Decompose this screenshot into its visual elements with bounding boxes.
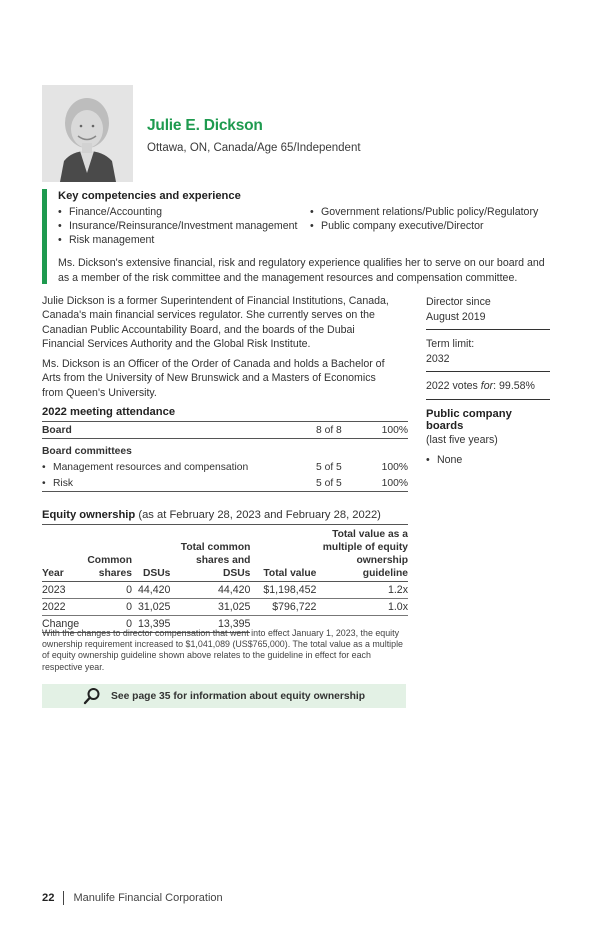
equity-section: Equity ownership (as at February 28, 202… [42,509,408,633]
attendance-board-row: Board 8 of 8 100% [42,422,408,439]
votes-value: : 99.58% [493,380,535,392]
competencies-list-left: Finance/Accounting Insurance/Reinsurance… [58,205,297,247]
col-common-shares: Common shares [84,528,132,582]
competencies-section: Key competencies and experience Finance/… [42,189,552,286]
attendance-label: Management resources and compensation [42,462,316,473]
attendance-label: Board [42,425,316,436]
col-multiple: Total value as a multiple of equity owne… [316,528,408,582]
cell-total-value: $1,198,452 [250,582,316,599]
equity-title-bold: Equity ownership [42,509,135,521]
competencies-title: Key competencies and experience [58,190,241,202]
competencies-list-right: Government relations/Public policy/Regul… [310,205,538,233]
director-since-label: Director since [426,295,550,310]
equity-title-date: (as at February 28, 2023 and February 28… [135,509,381,521]
attendance-fraction: 8 of 8 [316,425,372,436]
bio-paragraph: Ms. Dickson is an Officer of the Order o… [42,357,392,400]
attendance-percent: 100% [372,478,408,489]
director-photo [42,85,133,182]
cell-year: 2022 [42,599,84,616]
footer-divider [63,891,64,905]
attendance-title: 2022 meeting attendance [42,406,408,422]
equity-row: 2022 0 31,025 31,025 $796,722 1.0x [42,599,408,616]
director-name: Julie E. Dickson [147,117,263,135]
col-total-common: Total common shares and DSUs [170,528,250,582]
see-page-callout[interactable]: See page 35 for information about equity… [42,684,406,708]
cell-total-common: 44,420 [170,582,250,599]
equity-row: 2023 0 44,420 44,420 $1,198,452 1.2x [42,582,408,599]
public-boards-list: None [426,454,550,466]
director-since: Director since August 2019 [426,295,550,330]
magnifier-icon [83,687,101,705]
public-board-item: None [426,454,550,466]
cell-multiple: 1.2x [316,582,408,599]
votes-prefix: 2022 votes [426,380,481,392]
cell-multiple: 1.0x [316,599,408,616]
cell-common: 0 [84,582,132,599]
director-location-age: Ottawa, ON, Canada/Age 65/Independent [147,142,361,154]
attendance-percent: 100% [372,425,408,436]
director-bio: Julie Dickson is a former Superintendent… [42,294,392,406]
attendance-divider [42,490,408,492]
competency-item: Government relations/Public policy/Regul… [310,205,538,219]
company-name: Manulife Financial Corporation [73,892,222,904]
col-year: Year [42,528,84,582]
competency-item: Finance/Accounting [58,205,297,219]
bio-paragraph: Julie Dickson is a former Superintendent… [42,294,392,351]
director-since-value: August 2019 [426,310,550,325]
attendance-fraction: 5 of 5 [316,462,372,473]
cell-year: 2023 [42,582,84,599]
col-total-value: Total value [250,528,316,582]
portrait-illustration [42,85,133,182]
attendance-committee-row: Risk 5 of 5 100% [42,476,408,490]
equity-note: With the changes to director compensatio… [42,628,410,673]
term-limit: Term limit: 2032 [426,337,550,372]
page-footer: 22 Manulife Financial Corporation [42,891,223,905]
see-page-text[interactable]: See page 35 for information about equity… [111,691,365,702]
competency-item: Public company executive/Director [310,219,538,233]
public-boards-subtitle: (last five years) [426,434,550,446]
accent-bar [42,189,47,284]
term-limit-label: Term limit: [426,337,550,352]
attendance-section: 2022 meeting attendance Board 8 of 8 100… [42,406,408,492]
term-limit-value: 2032 [426,352,550,367]
equity-table: Year Common shares DSUs Total common sha… [42,528,408,633]
equity-title: Equity ownership (as at February 28, 202… [42,509,408,525]
attendance-label: Risk [42,478,316,489]
public-boards-title: Public company boards [426,408,550,432]
competencies-summary: Ms. Dickson's extensive financial, risk … [58,256,553,286]
cell-dsus: 31,025 [132,599,170,616]
page-number: 22 [42,892,54,904]
cell-total-value: $796,722 [250,599,316,616]
attendance-percent: 100% [372,462,408,473]
attendance-fraction: 5 of 5 [316,478,372,489]
equity-header-row: Year Common shares DSUs Total common sha… [42,528,408,582]
col-dsus: DSUs [132,528,170,582]
competency-item: Insurance/Reinsurance/Investment managem… [58,219,297,233]
cell-dsus: 44,420 [132,582,170,599]
cell-total-common: 31,025 [170,599,250,616]
cell-common: 0 [84,599,132,616]
director-sidebar: Director since August 2019 Term limit: 2… [426,295,550,466]
votes-for-italic: for [481,380,493,392]
attendance-committee-row: Management resources and compensation 5 … [42,459,408,476]
votes-for: 2022 votes for: 99.58% [426,379,550,400]
committees-title: Board committees [42,444,408,459]
competency-item: Risk management [58,233,297,247]
